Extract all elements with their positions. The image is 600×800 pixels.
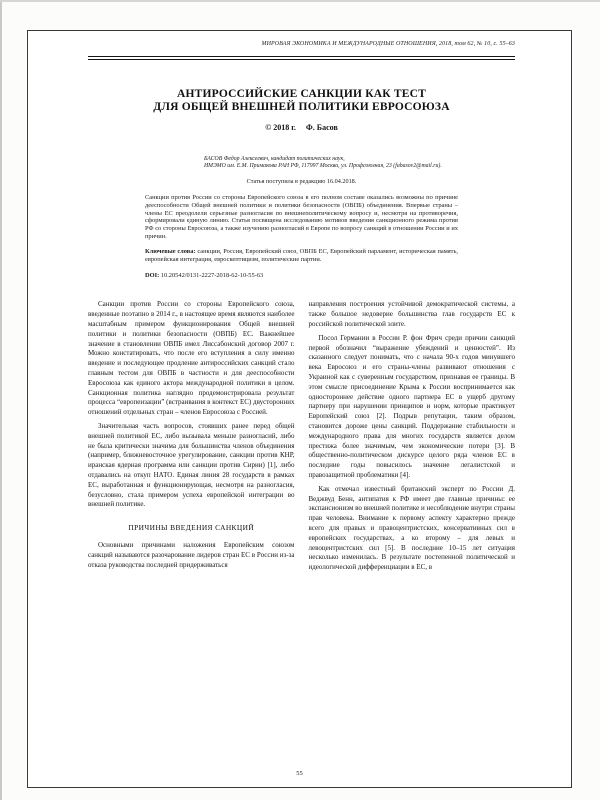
- title-line-2: ДЛЯ ОБЩЕЙ ВНЕШНЕЙ ПОЛИТИКИ ЕВРОСОЮЗА: [88, 101, 515, 114]
- page-border: МИРОВАЯ ЭКОНОМИКА И МЕЖДУНАРОДНЫЕ ОТНОШЕ…: [27, 30, 572, 788]
- received-date-line: Статья поступила в редакцию 16.04.2018.: [88, 178, 515, 185]
- paragraph: Значительная часть вопросов, стоявших ра…: [88, 422, 295, 510]
- title-line-1: АНТИРОССИЙСКИЕ САНКЦИИ КАК ТЕСТ: [88, 88, 515, 101]
- copyright-author-line: © 2018 г. Ф. Басов: [88, 123, 515, 132]
- paragraph: Санкции против России со стороны Европей…: [88, 300, 295, 418]
- page-content: МИРОВАЯ ЭКОНОМИКА И МЕЖДУНАРОДНЫЕ ОТНОШЕ…: [88, 37, 515, 781]
- paragraph: Основными причинами наложения Европейски…: [88, 541, 295, 570]
- keywords-label: Ключевые слова:: [145, 248, 196, 255]
- body-right-column: направления построения устойчивой демокр…: [309, 300, 516, 577]
- doi-line: DOI: 10.20542/0131-2227-2018-62-10-55-63: [145, 272, 458, 279]
- author-name-line: БАСОВ Федор Алексеевич, кандидат политич…: [204, 156, 515, 163]
- author-affiliation-line: ИМЭМО им. Е.М. Примакова РАН РФ, 117997 …: [204, 163, 515, 170]
- abstract-block: Санкции против России со стороны Европей…: [88, 194, 515, 279]
- body-columns: Санкции против России со стороны Европей…: [88, 300, 515, 577]
- page-number: 55: [28, 770, 571, 777]
- keywords-line: Ключевые слова: санкции, Россия, Европей…: [145, 248, 458, 264]
- body-left-column: Санкции против России со стороны Европей…: [88, 300, 295, 577]
- paragraph: направления построения устойчивой демокр…: [309, 300, 516, 329]
- abstract-text: Санкции против России со стороны Европей…: [145, 194, 458, 241]
- scan-edge-top: [0, 0, 600, 2]
- paragraph: Как отмечал известный британский эксперт…: [309, 485, 516, 573]
- page-title: АНТИРОССИЙСКИЕ САНКЦИИ КАК ТЕСТ ДЛЯ ОБЩЕ…: [88, 88, 515, 114]
- doi-value: 10.20542/0131-2227-2018-62-10-55-63: [159, 272, 263, 279]
- doi-label: DOI:: [145, 272, 159, 279]
- scan-edge-left: [0, 0, 2, 800]
- double-rule: [88, 56, 515, 60]
- journal-header: МИРОВАЯ ЭКОНОМИКА И МЕЖДУНАРОДНЫЕ ОТНОШЕ…: [88, 41, 515, 47]
- author-affiliation-block: БАСОВ Федор Алексеевич, кандидат политич…: [204, 156, 515, 170]
- section-heading: ПРИЧИНЫ ВВЕДЕНИЯ САНКЦИЙ: [88, 523, 295, 532]
- paragraph: Посол Германии в России Р. фон Фрич сред…: [309, 334, 516, 481]
